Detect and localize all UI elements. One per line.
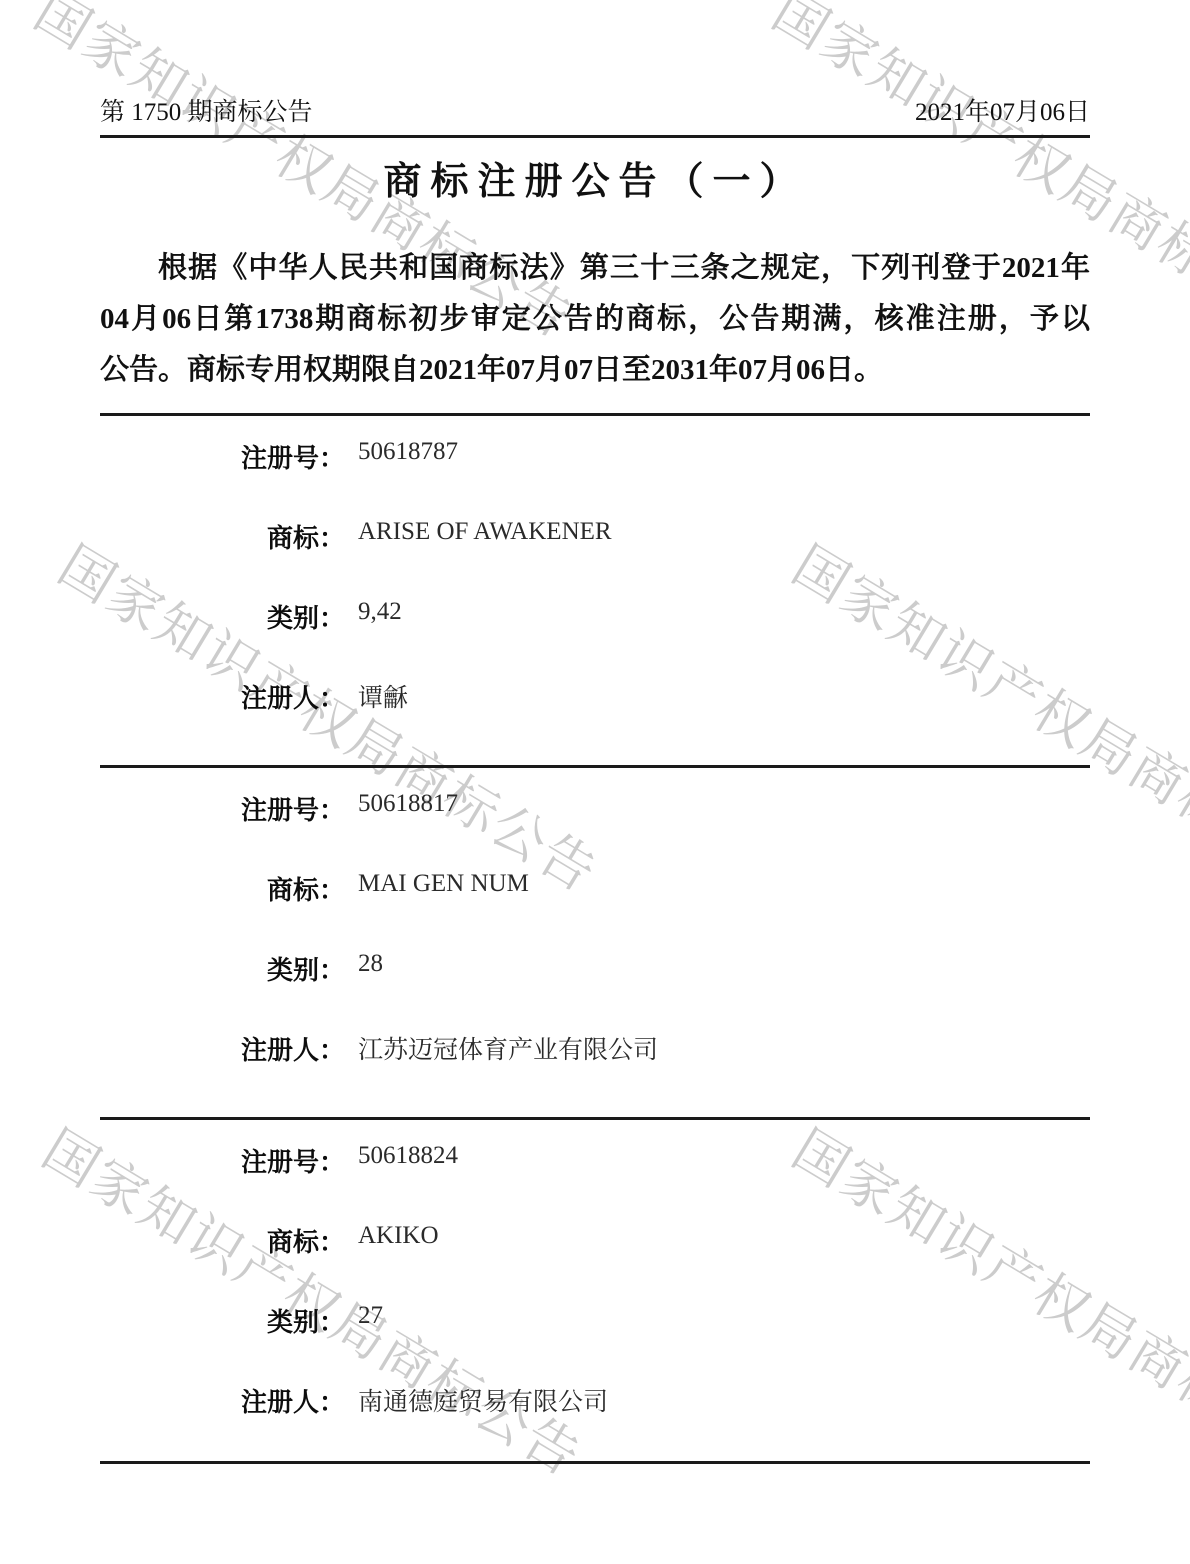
- entry-list: 注册号： 50618787 商标： ARISE OF AWAKENER 类别： …: [100, 413, 1090, 1469]
- trademark-entry: 注册号： 50618824 商标： AKIKO 类别： 27 注册人： 南通德庭…: [100, 1117, 1090, 1469]
- registrant-row: 注册人： 南通德庭贸易有限公司: [100, 1382, 1090, 1412]
- reg-no-label: 注册号：: [100, 1142, 345, 1179]
- category-value: 28: [345, 950, 383, 978]
- header-divider: [100, 135, 1090, 138]
- category-label: 类别：: [100, 598, 345, 635]
- registrant-row: 注册人： 江苏迈冠体育产业有限公司: [100, 1030, 1090, 1060]
- category-row: 类别： 28: [100, 950, 1090, 980]
- intro-line: 04月06日第1738期商标初步审定公告的商标，公告期满，核准注册，予以: [100, 294, 1090, 345]
- trademark-value: ARISE OF AWAKENER: [345, 518, 612, 546]
- registrant-label: 注册人：: [100, 678, 345, 715]
- trademark-entry: 注册号： 50618787 商标： ARISE OF AWAKENER 类别： …: [100, 413, 1090, 765]
- registrant-label: 注册人：: [100, 1030, 345, 1067]
- category-value: 9,42: [345, 598, 402, 626]
- registrant-value: 江苏迈冠体育产业有限公司: [345, 1030, 658, 1066]
- intro-line: 公告。商标专用权期限自2021年07月07日至2031年07月06日。: [100, 345, 1090, 396]
- category-row: 类别： 27: [100, 1302, 1090, 1332]
- reg-no-row: 注册号： 50618817: [100, 790, 1090, 820]
- trademark-value: AKIKO: [345, 1222, 439, 1250]
- trademark-row: 商标： AKIKO: [100, 1222, 1090, 1252]
- category-label: 类别：: [100, 950, 345, 987]
- intro-line: 根据《中华人民共和国商标法》第三十三条之规定，下列刊登于2021年: [100, 243, 1090, 294]
- reg-no-value: 50618817: [345, 790, 458, 818]
- registrant-label: 注册人：: [100, 1382, 345, 1419]
- trademark-label: 商标：: [100, 870, 345, 907]
- header-date: 2021年07月06日: [915, 92, 1090, 128]
- intro-paragraph: 根据《中华人民共和国商标法》第三十三条之规定，下列刊登于2021年 04月06日…: [100, 243, 1090, 396]
- registrant-value: 谭龢: [345, 678, 408, 714]
- trademark-value: MAI GEN NUM: [345, 870, 529, 898]
- reg-no-value: 50618787: [345, 438, 458, 466]
- reg-no-label: 注册号：: [100, 438, 345, 475]
- category-label: 类别：: [100, 1302, 345, 1339]
- reg-no-label: 注册号：: [100, 790, 345, 827]
- trademark-entry: 注册号： 50618817 商标： MAI GEN NUM 类别： 28 注册人…: [100, 765, 1090, 1117]
- category-row: 类别： 9,42: [100, 598, 1090, 628]
- trademark-label: 商标：: [100, 1222, 345, 1259]
- trademark-row: 商标： MAI GEN NUM: [100, 870, 1090, 900]
- issue-label: 第 1750 期商标公告: [100, 92, 313, 128]
- gazette-page: 第 1750 期商标公告 2021年07月06日 商标注册公告（一） 根据《中华…: [0, 0, 1190, 1564]
- reg-no-value: 50618824: [345, 1142, 458, 1170]
- registrant-row: 注册人： 谭龢: [100, 678, 1090, 708]
- trademark-row: 商标： ARISE OF AWAKENER: [100, 518, 1090, 548]
- reg-no-row: 注册号： 50618787: [100, 438, 1090, 468]
- page-header: 第 1750 期商标公告 2021年07月06日: [100, 92, 1090, 128]
- category-value: 27: [345, 1302, 383, 1330]
- trademark-label: 商标：: [100, 518, 345, 555]
- registrant-value: 南通德庭贸易有限公司: [345, 1382, 608, 1418]
- page-title: 商标注册公告（一）: [0, 150, 1190, 205]
- reg-no-row: 注册号： 50618824: [100, 1142, 1090, 1172]
- bottom-divider: [100, 1461, 1090, 1464]
